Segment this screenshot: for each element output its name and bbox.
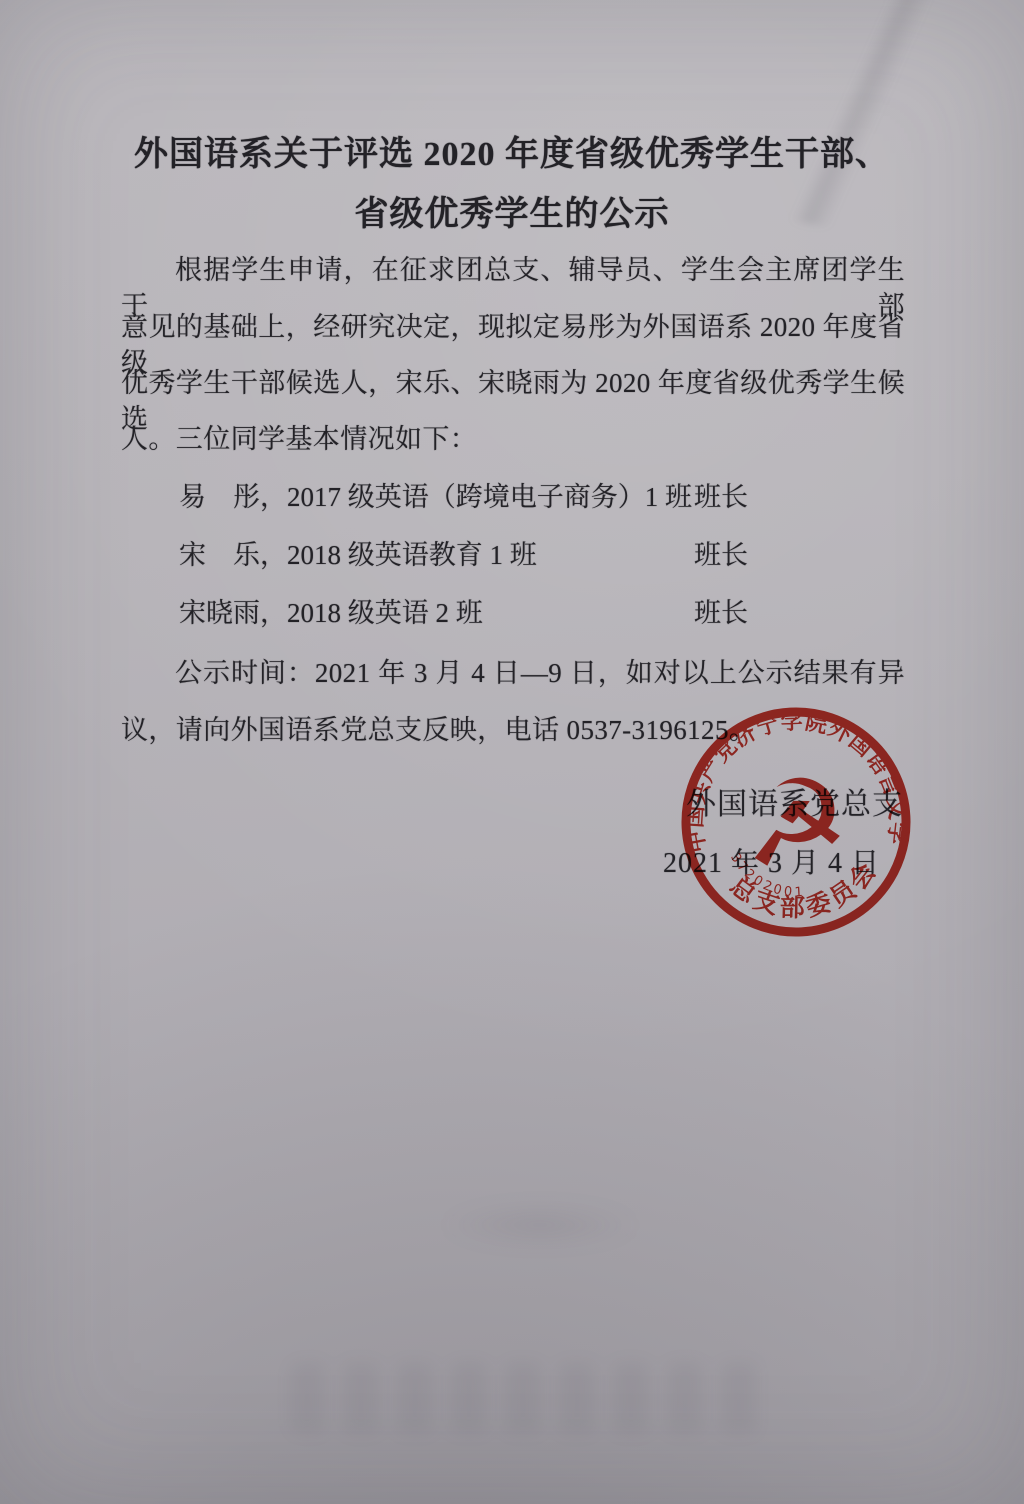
show-through-marks <box>290 1362 760 1434</box>
student-name-class: 宋 乐，2018 级英语教育 1 班 <box>121 540 537 570</box>
paper-smudge <box>430 1200 650 1250</box>
official-seal: 中国共产党济宁学院外国语言文学系 总支部委员会 372020011999 ☭ <box>670 696 922 948</box>
hammer-sickle-icon: ☭ <box>740 751 853 894</box>
document-photo: 外国语系关于评选 2020 年度省级优秀学生干部、 省级优秀学生的公示 根据学生… <box>0 0 1024 1504</box>
document-title-line-2: 省级优秀学生的公示 <box>0 186 1024 235</box>
student-name-class: 易 彤，2017 级英语（跨境电子商务）1 班 <box>121 482 692 512</box>
student-row: 宋晓雨，2018 级英语 2 班 班长 <box>121 595 905 631</box>
student-role-label: 班长 <box>694 595 748 631</box>
student-role-label: 班长 <box>694 479 748 515</box>
student-name-class: 宋晓雨，2018 级英语 2 班 <box>121 598 483 628</box>
paragraph1-line-4: 人。三位同学基本情况如下： <box>121 421 905 457</box>
student-row: 易 彤，2017 级英语（跨境电子商务）1 班 班长 <box>121 479 905 515</box>
student-role-label: 班长 <box>694 537 748 573</box>
student-row: 宋 乐，2018 级英语教育 1 班 班长 <box>121 537 905 573</box>
paragraph2-line-1: 公示时间：2021 年 3 月 4 日—9 日，如对以上公示结果有异 <box>121 655 905 691</box>
document-title-line-1: 外国语系关于评选 2020 年度省级优秀学生干部、 <box>0 126 1024 175</box>
